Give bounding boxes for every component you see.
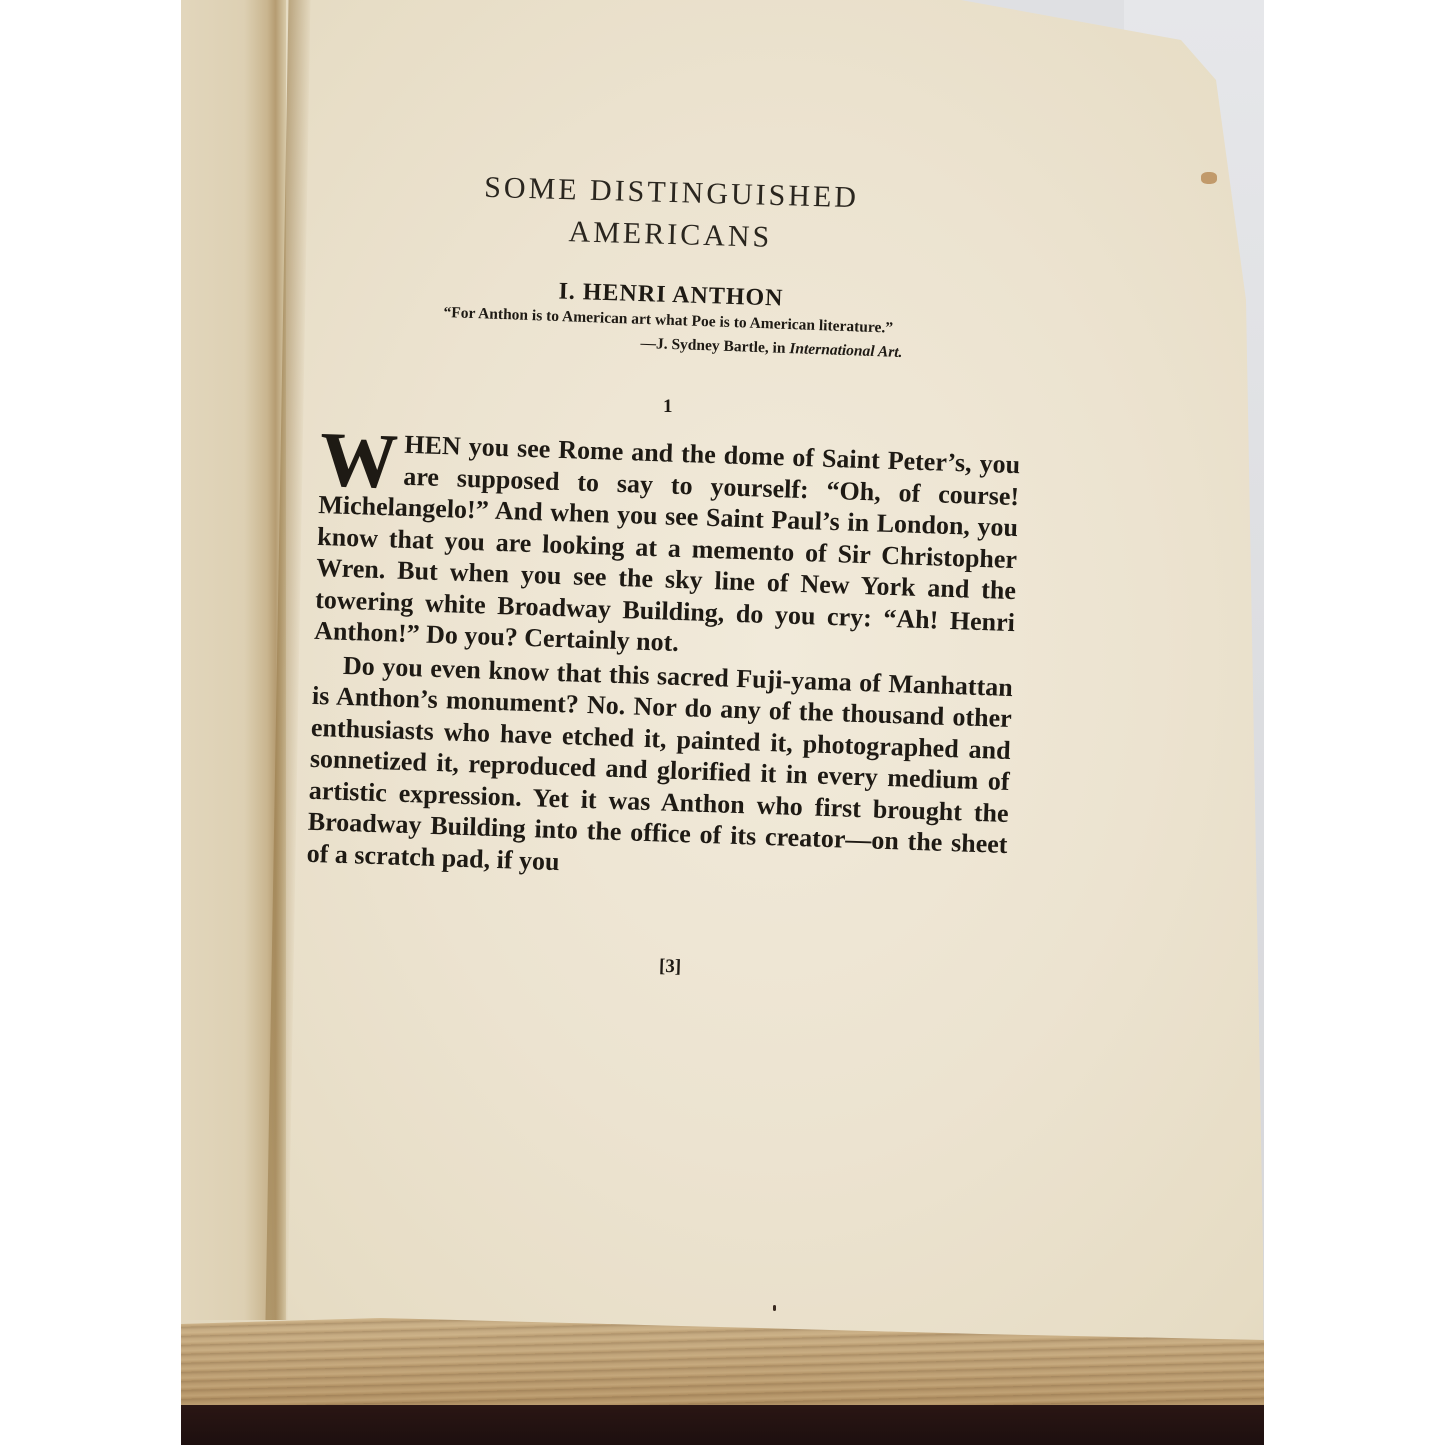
book-cover: [181, 1405, 1264, 1445]
attribution-source: International Art.: [789, 340, 903, 361]
paragraph-1: W HEN you see Rome and the dome of Saint…: [314, 426, 1021, 670]
book-photo: SOME DISTINGUISHED AMERICANS I. HENRI AN…: [181, 0, 1264, 1445]
page-content: SOME DISTINGUISHED AMERICANS I. HENRI AN…: [181, 0, 1264, 1300]
book-page: SOME DISTINGUISHED AMERICANS I. HENRI AN…: [181, 0, 1264, 1445]
paper-speck: [773, 1305, 776, 1311]
section-number: 1: [663, 396, 673, 418]
book-title: SOME DISTINGUISHED AMERICANS: [420, 165, 922, 263]
paragraph-1-rest: Peter’s, you are supposed to say to your…: [314, 446, 1021, 657]
body-text: W HEN you see Rome and the dome of Saint…: [306, 426, 1020, 892]
drop-cap: W: [319, 430, 399, 491]
attribution-author: —J. Sydney Bartle, in: [640, 335, 789, 357]
epigraph: “For Anthon is to American art what Poe …: [442, 304, 903, 362]
page-edge-nub: [1201, 172, 1217, 184]
page-number: [3]: [659, 956, 682, 979]
paragraph-2: Do you even know that this sacred Fuji-y…: [306, 648, 1013, 892]
